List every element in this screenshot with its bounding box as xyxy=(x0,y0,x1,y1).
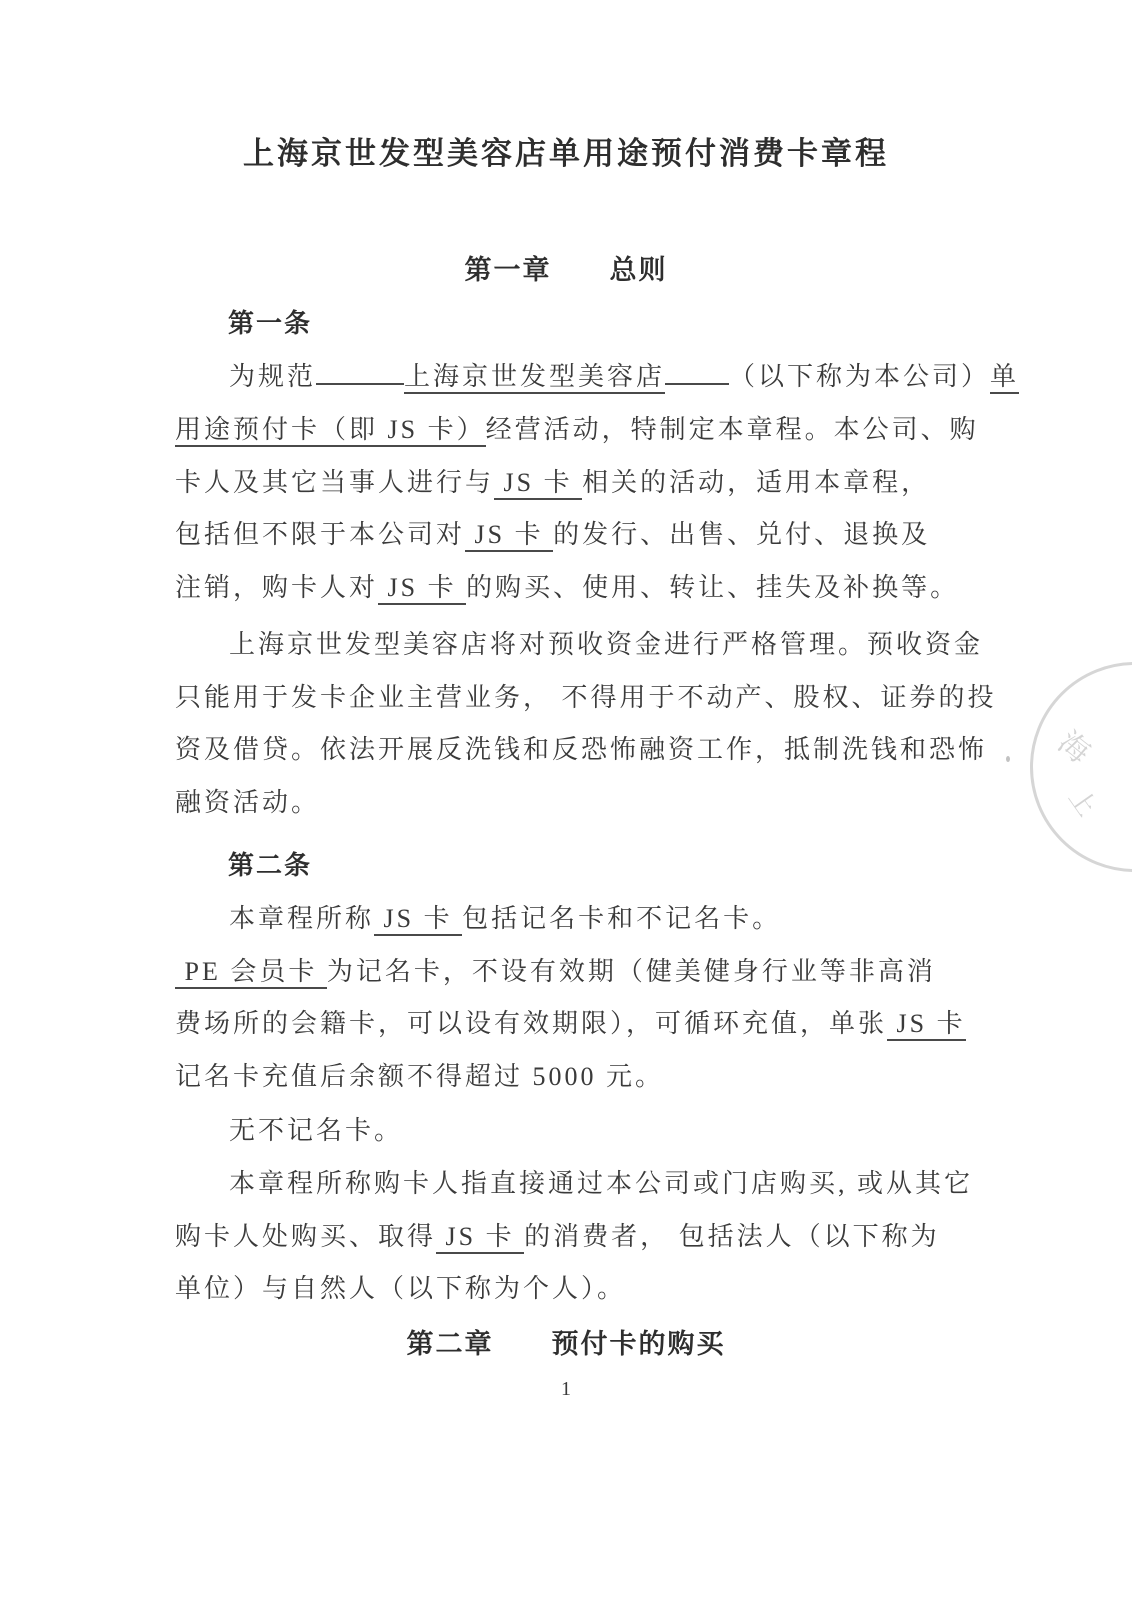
body-line: 用途预付卡（即 JS 卡）经营活动，特制定本章程。本公司、购 xyxy=(175,409,970,446)
article-2-heading: 第二条 xyxy=(228,845,312,882)
body-text: 为记名卡，不设有效期（健美健身行业等非高消 xyxy=(327,957,936,986)
body-line: 无不记名卡。 xyxy=(175,1110,970,1147)
body-line: 只能用于发卡企业主营业务， 不得用于不动产、股权、证券的投 xyxy=(175,677,970,714)
body-line: 资及借贷。依法开展反洗钱和反恐怖融资工作，抵制洗钱和恐怖 xyxy=(175,729,970,766)
body-text: 融资活动。 xyxy=(175,788,320,817)
body-text: 包括但不限于本公司对 xyxy=(175,520,465,549)
article-1-heading: 第一条 xyxy=(228,303,312,340)
body-text: 记名卡充值后余额不得超过 5000 元。 xyxy=(175,1062,664,1091)
body-line: 融资活动。 xyxy=(175,782,970,819)
seal-character: 海 xyxy=(1051,718,1102,771)
body-text: 经营活动，特制定本章程。本公司、购 xyxy=(486,415,979,444)
body-text: 注销，购卡人对 xyxy=(175,573,378,602)
company-seal-partial: 海 上 xyxy=(1030,662,1132,872)
body-text: 本章程所称 xyxy=(229,904,374,933)
chapter-2-number: 第二章 xyxy=(407,1329,494,1359)
body-line: 购卡人处购买、取得 JS 卡 的消费者， 包括法人（以下称为 xyxy=(175,1216,970,1253)
underlined-text: JS 卡 xyxy=(465,520,553,552)
body-line: 本章程所称 JS 卡 包括记名卡和不记名卡。 xyxy=(175,898,970,935)
body-line: 注销，购卡人对 JS 卡 的购买、使用、转让、挂失及补换等。 xyxy=(175,567,970,604)
body-text: 的消费者， 包括法人（以下称为 xyxy=(524,1222,940,1251)
underlined-blank xyxy=(316,383,404,385)
body-text: （以下称为本公司） xyxy=(729,362,990,391)
body-text: 为规范 xyxy=(229,362,316,391)
chapter-1-heading: 第一章总则 xyxy=(0,248,1132,287)
body-text: 上海京世发型美容店将对预收资金进行严格管理。预收资金 xyxy=(229,630,983,659)
document-page: 上海京世发型美容店单用途预付消费卡章程 第一章总则 第一条 为规范上海京世发型美… xyxy=(0,0,1132,1600)
chapter-2-heading: 第二章预付卡的购买 xyxy=(0,1322,1132,1361)
chapter-2-name: 预付卡的购买 xyxy=(552,1329,726,1359)
body-text: 费场所的会籍卡，可以设有效期限），可循环充值，单张 xyxy=(175,1009,887,1038)
body-line: PE 会员卡 为记名卡，不设有效期（健美健身行业等非高消 xyxy=(175,951,970,988)
body-line: 上海京世发型美容店将对预收资金进行严格管理。预收资金 xyxy=(175,624,970,661)
underlined-text: 用途预付卡（即 JS 卡） xyxy=(175,415,486,447)
body-text: 资及借贷。依法开展反洗钱和反恐怖融资工作，抵制洗钱和恐怖 xyxy=(175,735,987,764)
body-text: 购卡人处购买、取得 xyxy=(175,1222,436,1251)
document-title: 上海京世发型美容店单用途预付消费卡章程 xyxy=(0,128,1132,173)
underlined-text: 上海京世发型美容店 xyxy=(404,362,665,394)
body-text: 单位）与自然人（以下称为个人）。 xyxy=(175,1274,626,1303)
body-text: 只能用于发卡企业主营业务， 不得用于不动产、股权、证券的投 xyxy=(175,683,997,712)
body-text: 包括记名卡和不记名卡。 xyxy=(462,904,781,933)
body-line: 包括但不限于本公司对 JS 卡 的发行、出售、兑付、退换及 xyxy=(175,514,970,551)
body-line: 本章程所称购卡人指直接通过本公司或门店购买, 或从其它 xyxy=(175,1163,970,1200)
underlined-text: PE 会员卡 xyxy=(175,957,327,989)
underlined-text: JS 卡 xyxy=(887,1009,966,1041)
seal-character: 上 xyxy=(1061,780,1106,823)
scan-speck xyxy=(1006,756,1010,762)
underlined-blank xyxy=(665,383,729,385)
body-text: 的发行、出售、兑付、退换及 xyxy=(553,520,930,549)
page-number: 1 xyxy=(0,1378,1132,1401)
body-line: 卡人及其它当事人进行与 JS 卡 相关的活动，适用本章程， xyxy=(175,462,970,499)
body-line: 单位）与自然人（以下称为个人）。 xyxy=(175,1268,970,1305)
body-text: 相关的活动，适用本章程， xyxy=(582,468,930,497)
body-text: 本章程所称购卡人指直接通过本公司或门店购买, 或从其它 xyxy=(229,1169,973,1198)
body-text: 的购买、使用、转让、挂失及补换等。 xyxy=(466,573,959,602)
underlined-text: JS 卡 xyxy=(374,904,462,936)
chapter-1-name: 总则 xyxy=(610,255,668,285)
body-line: 记名卡充值后余额不得超过 5000 元。 xyxy=(175,1056,970,1093)
underlined-text: JS 卡 xyxy=(378,573,466,605)
chapter-1-number: 第一章 xyxy=(465,255,552,285)
body-text: 卡人及其它当事人进行与 xyxy=(175,468,494,497)
underlined-text: 单 xyxy=(990,362,1019,394)
body-text: 无不记名卡。 xyxy=(229,1116,403,1145)
body-line: 为规范上海京世发型美容店（以下称为本公司）单 xyxy=(175,356,970,393)
underlined-text: JS 卡 xyxy=(436,1222,524,1254)
body-line: 费场所的会籍卡，可以设有效期限），可循环充值，单张 JS 卡 xyxy=(175,1003,970,1040)
underlined-text: JS 卡 xyxy=(494,468,582,500)
